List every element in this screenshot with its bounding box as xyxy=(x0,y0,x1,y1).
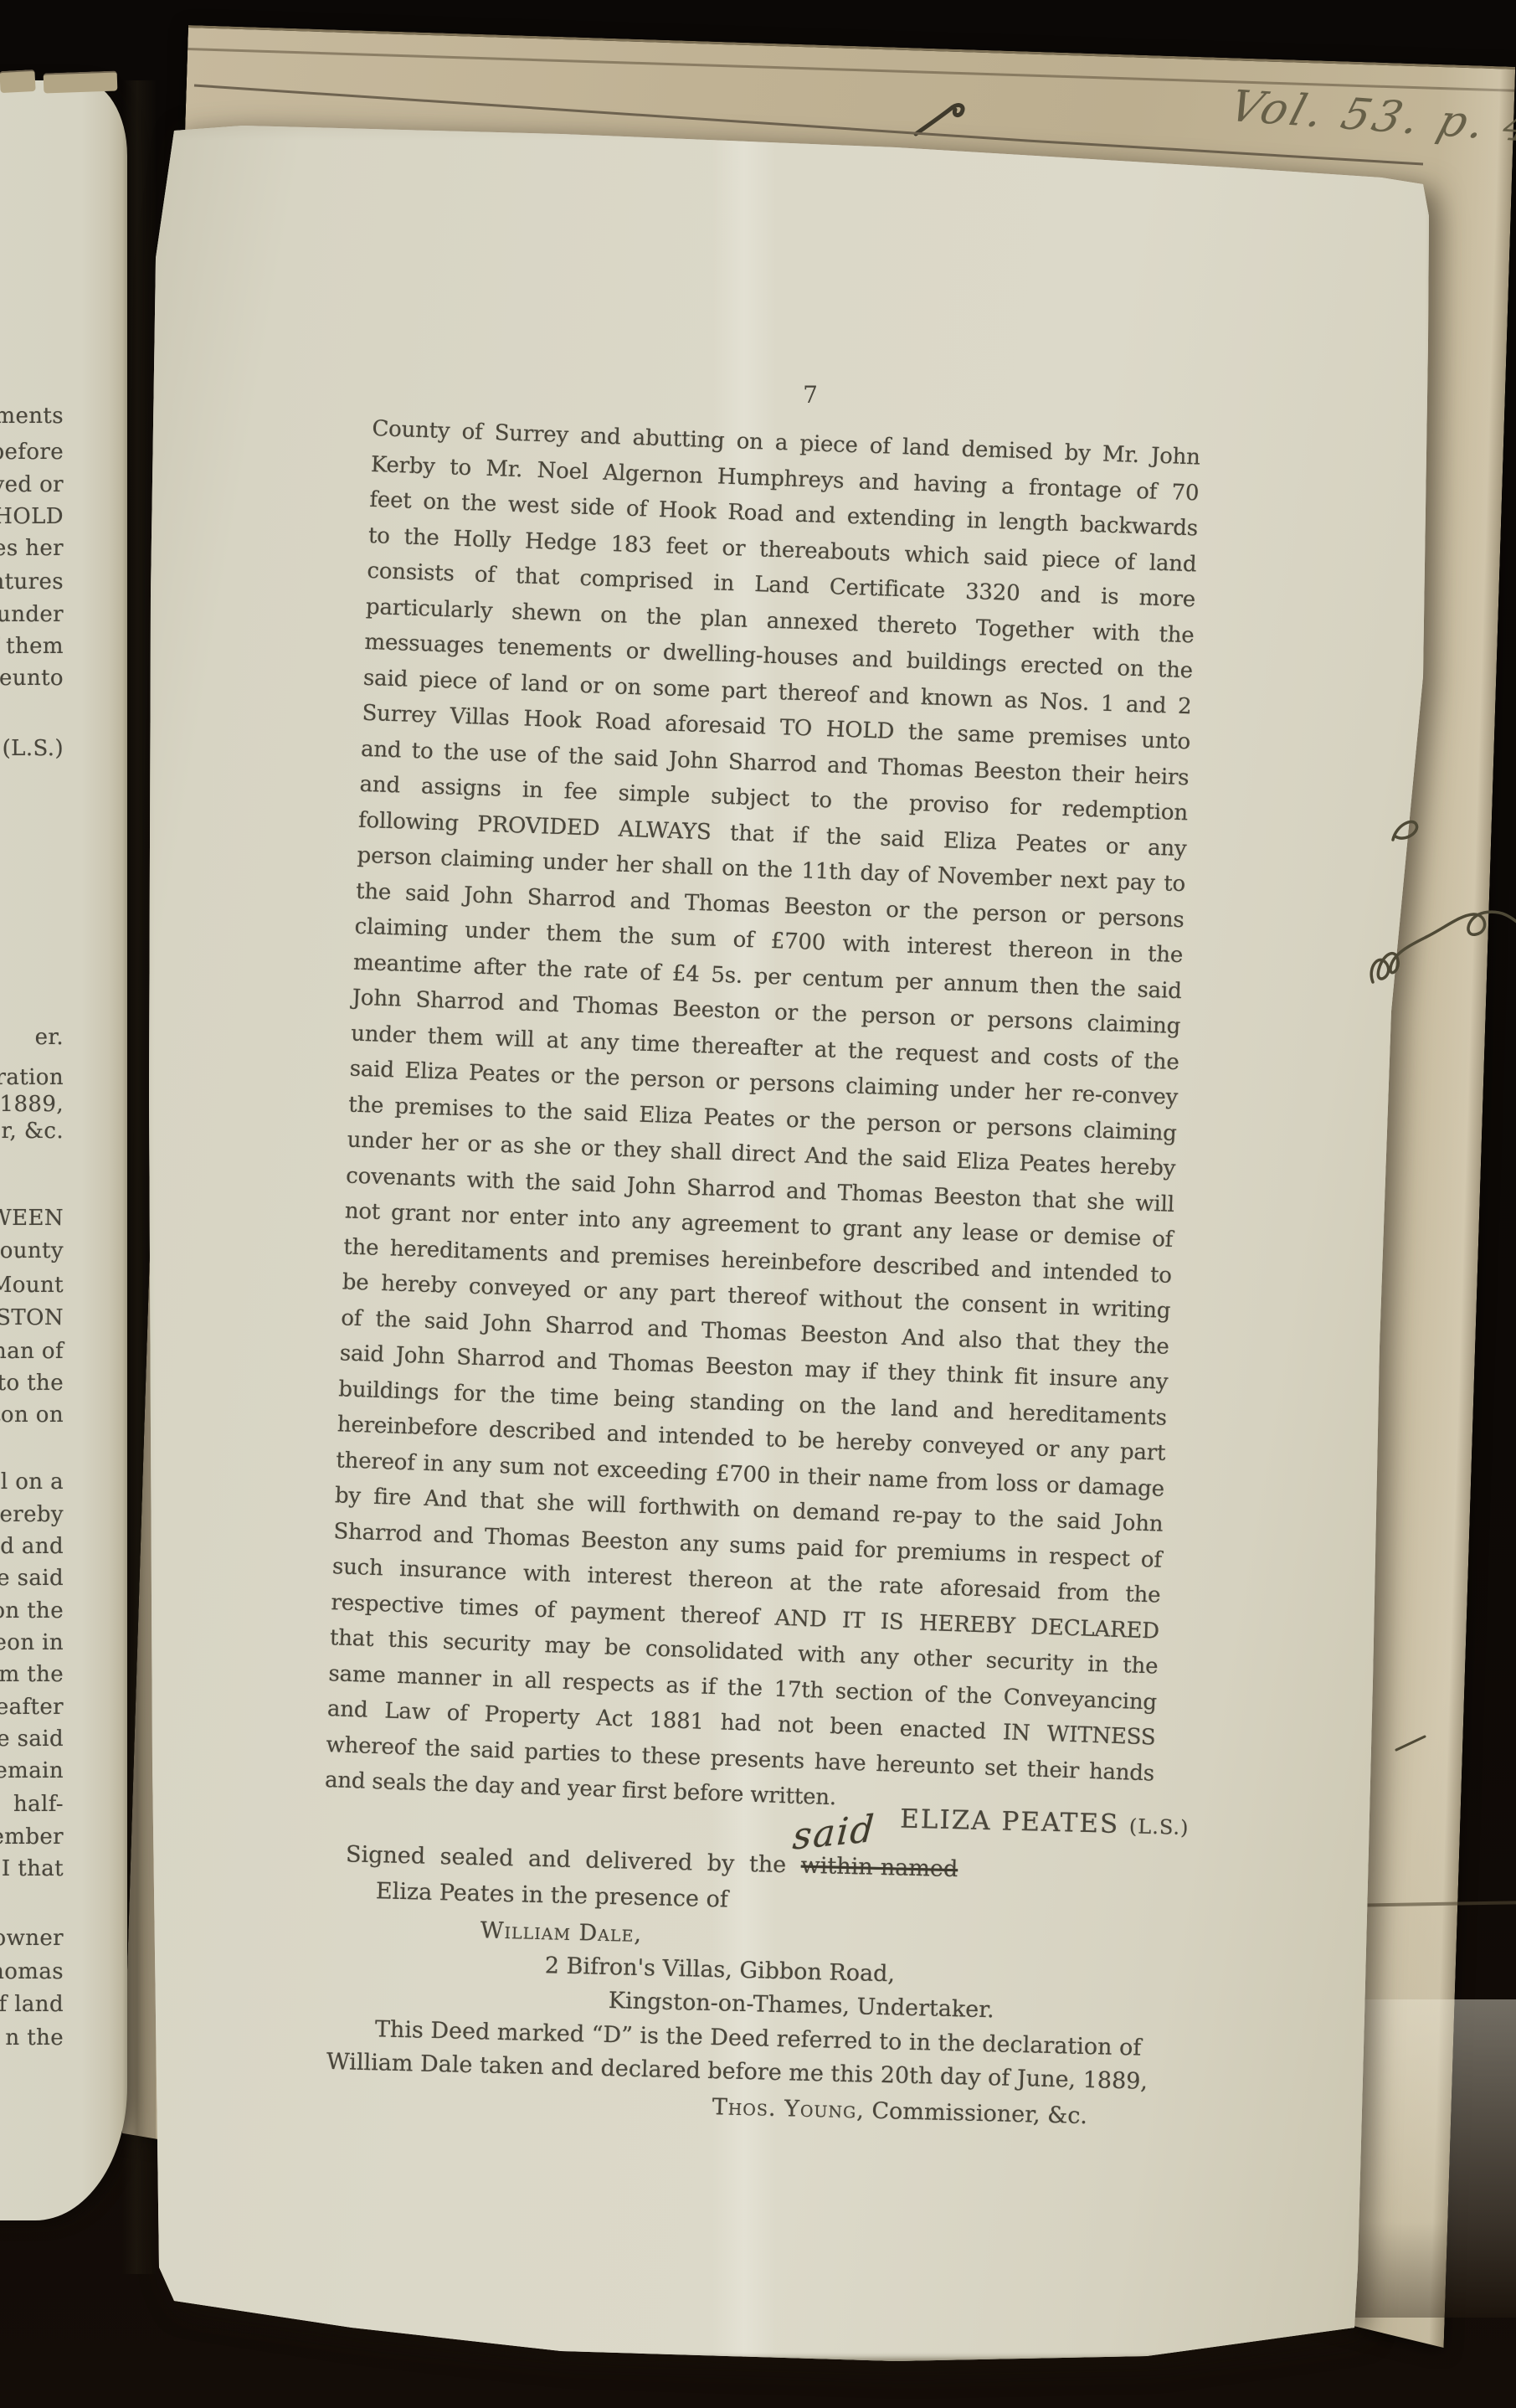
deed-body-text: CountyofSurreyandabuttingonapieceoflandd… xyxy=(324,416,1200,1832)
attestation-block: ELIZA PEATES (L.S.) said Signed sealed a… xyxy=(326,1788,1255,2170)
commissioner-line: Thos. Young, Commissioner, &c. xyxy=(712,2094,1087,2129)
commissioner-name: Thos. Young, xyxy=(712,2094,865,2123)
signature-line: ELIZA PEATES (L.S.) xyxy=(900,1804,1190,1841)
pen-mark-squiggle-icon xyxy=(1306,779,1516,996)
handwritten-said: said xyxy=(791,1807,877,1858)
book-scan-photo: Vol. 53. p. 4 enementseinbeforeeyed orHO… xyxy=(0,0,1516,2408)
page-number: 7 xyxy=(777,381,844,409)
seal-abbreviation: (L.S.) xyxy=(1129,1814,1190,1839)
witness-address-line1: 2 Bifron's Villas, Gibbon Road, xyxy=(544,1953,895,1987)
pen-mark-small-tick-icon xyxy=(1390,1725,1440,1758)
signatory-name: ELIZA PEATES xyxy=(900,1804,1120,1839)
presence-line: Eliza Peates in the presence of xyxy=(376,1878,729,1912)
witness-name: William Dale, xyxy=(480,1917,643,1947)
witness-address-line2: Kingston-on-Thames, Undertaker. xyxy=(608,1988,994,2023)
strikethrough-word: within-named xyxy=(800,1853,958,1883)
commissioner-title: Commissioner, &c. xyxy=(865,2098,1088,2129)
